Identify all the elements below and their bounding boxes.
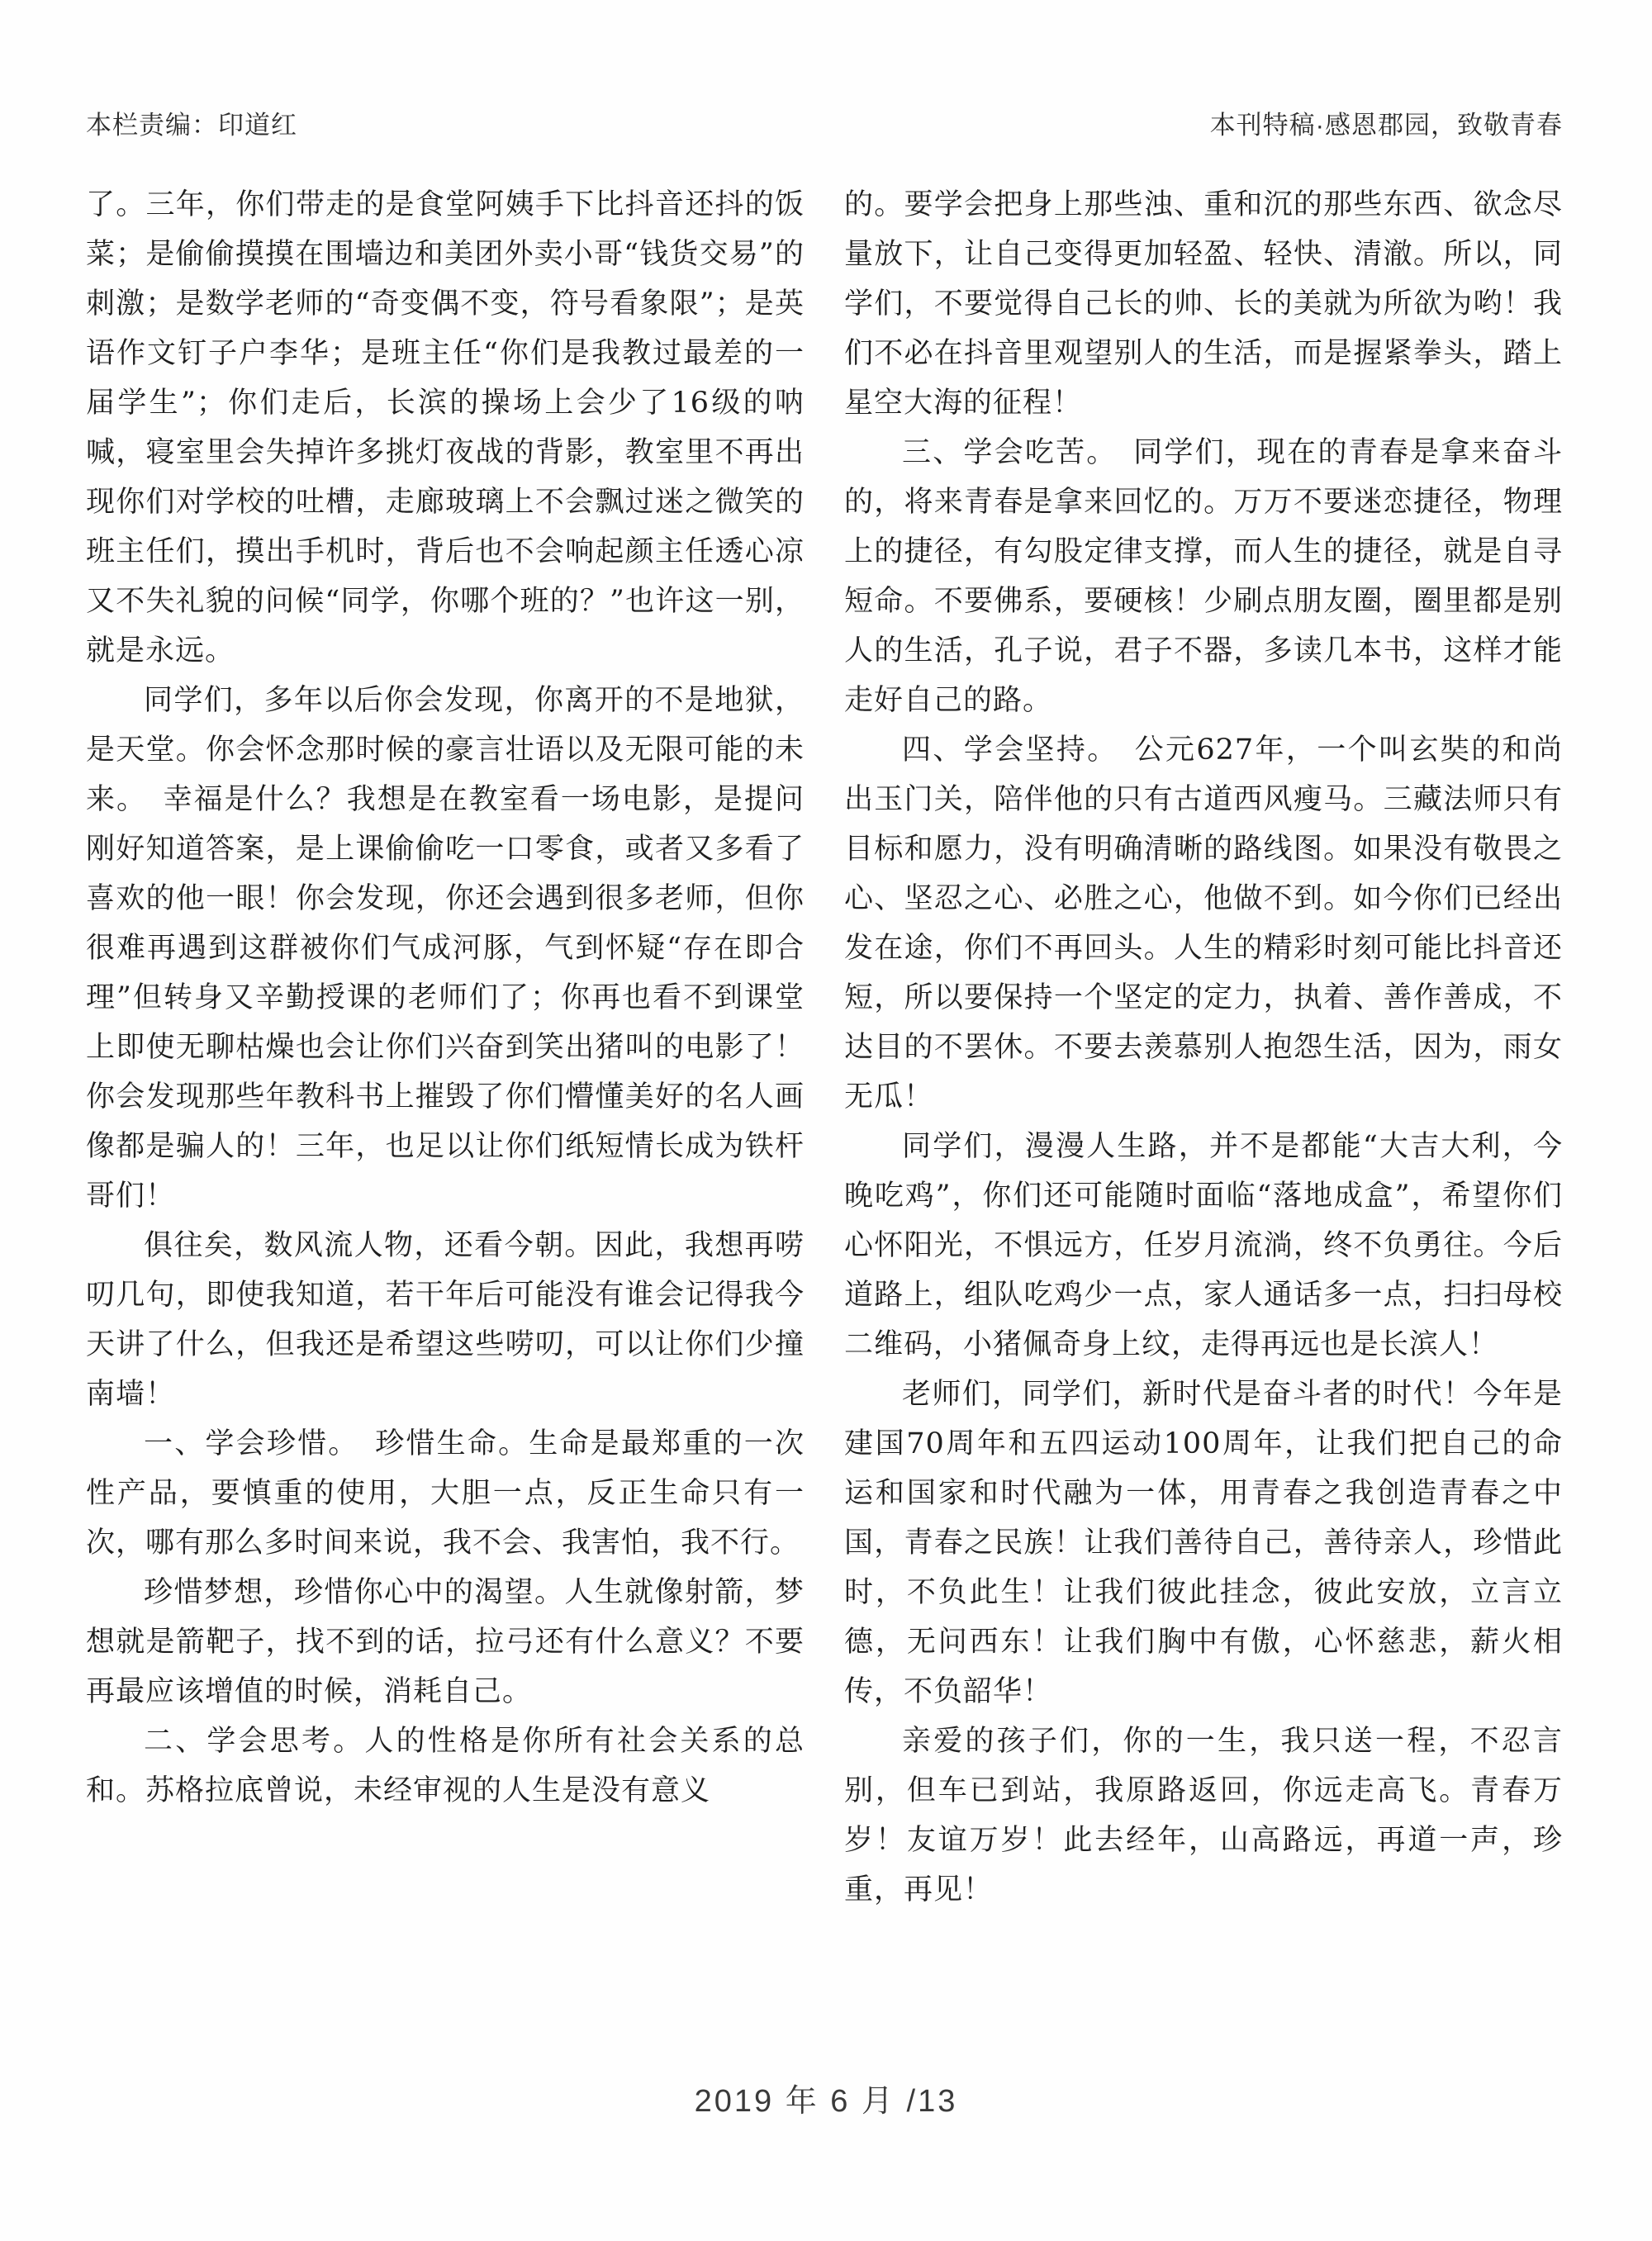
text-column-right: 的。要学会把身上那些浊、重和沉的那些东西、欲念尽量放下，让自己变得更加轻盈、轻快… [844, 180, 1563, 1915]
paragraph: 珍惜梦想，珍惜你心中的渴望。人生就像射箭，梦想就是箭靶子，找不到的话，拉弓还有什… [86, 1568, 805, 1716]
magazine-page: 本栏责编：印道红 本刊特稿·感恩郡园，致敬青春 了。三年，你们带走的是食堂阿姨手… [0, 0, 1652, 2241]
footer-date-page-number: 2019 年 6 月 /13 [695, 2084, 958, 2119]
paragraph: 四、学会坚持。 公元627年，一个叫玄奘的和尚出玉门关，陪伴他的只有古道西风瘦马… [844, 725, 1563, 1122]
paragraph: 俱往矣，数风流人物，还看今朝。因此，我想再唠叨几句，即使我知道，若干年后可能没有… [86, 1221, 805, 1419]
text-column-left: 了。三年，你们带走的是食堂阿姨手下比抖音还抖的饭菜；是偷偷摸摸在围墙边和美团外卖… [86, 180, 805, 1915]
paragraph: 亲爱的孩子们，你的一生，我只送一程，不忍言别，但车已到站，我原路返回，你远走高飞… [844, 1716, 1563, 1915]
header-section-title: 本刊特稿·感恩郡园，致敬青春 [1210, 104, 1563, 141]
header-editor-credit: 本栏责编：印道红 [86, 104, 297, 141]
paragraph: 一、学会珍惜。 珍惜生命。生命是最郑重的一次性产品，要慎重的使用，大胆一点，反正… [86, 1419, 805, 1568]
paragraph: 同学们，漫漫人生路，并不是都能“大吉大利，今晚吃鸡”，你们还可能随时面临“落地成… [844, 1122, 1563, 1370]
paragraph: 的。要学会把身上那些浊、重和沉的那些东西、欲念尽量放下，让自己变得更加轻盈、轻快… [844, 180, 1563, 428]
paragraph: 了。三年，你们带走的是食堂阿姨手下比抖音还抖的饭菜；是偷偷摸摸在围墙边和美团外卖… [86, 180, 805, 676]
paragraph: 老师们，同学们，新时代是奋斗者的时代！今年是建国70周年和五四运动100周年，让… [844, 1370, 1563, 1716]
page-footer: 2019 年 6 月 /13 [0, 2075, 1652, 2120]
page-header: 本栏责编：印道红 本刊特稿·感恩郡园，致敬青春 [86, 104, 1563, 141]
paragraph: 同学们，多年以后你会发现，你离开的不是地狱，是天堂。你会怀念那时候的豪言壮语以及… [86, 676, 805, 1221]
paragraph: 二、学会思考。人的性格是你所有社会关系的总和。苏格拉底曾说，未经审视的人生是没有… [86, 1716, 805, 1816]
paragraph: 三、学会吃苦。 同学们，现在的青春是拿来奋斗的，将来青春是拿来回忆的。万万不要迷… [844, 428, 1563, 725]
article-body: 了。三年，你们带走的是食堂阿姨手下比抖音还抖的饭菜；是偷偷摸摸在围墙边和美团外卖… [86, 180, 1563, 1915]
